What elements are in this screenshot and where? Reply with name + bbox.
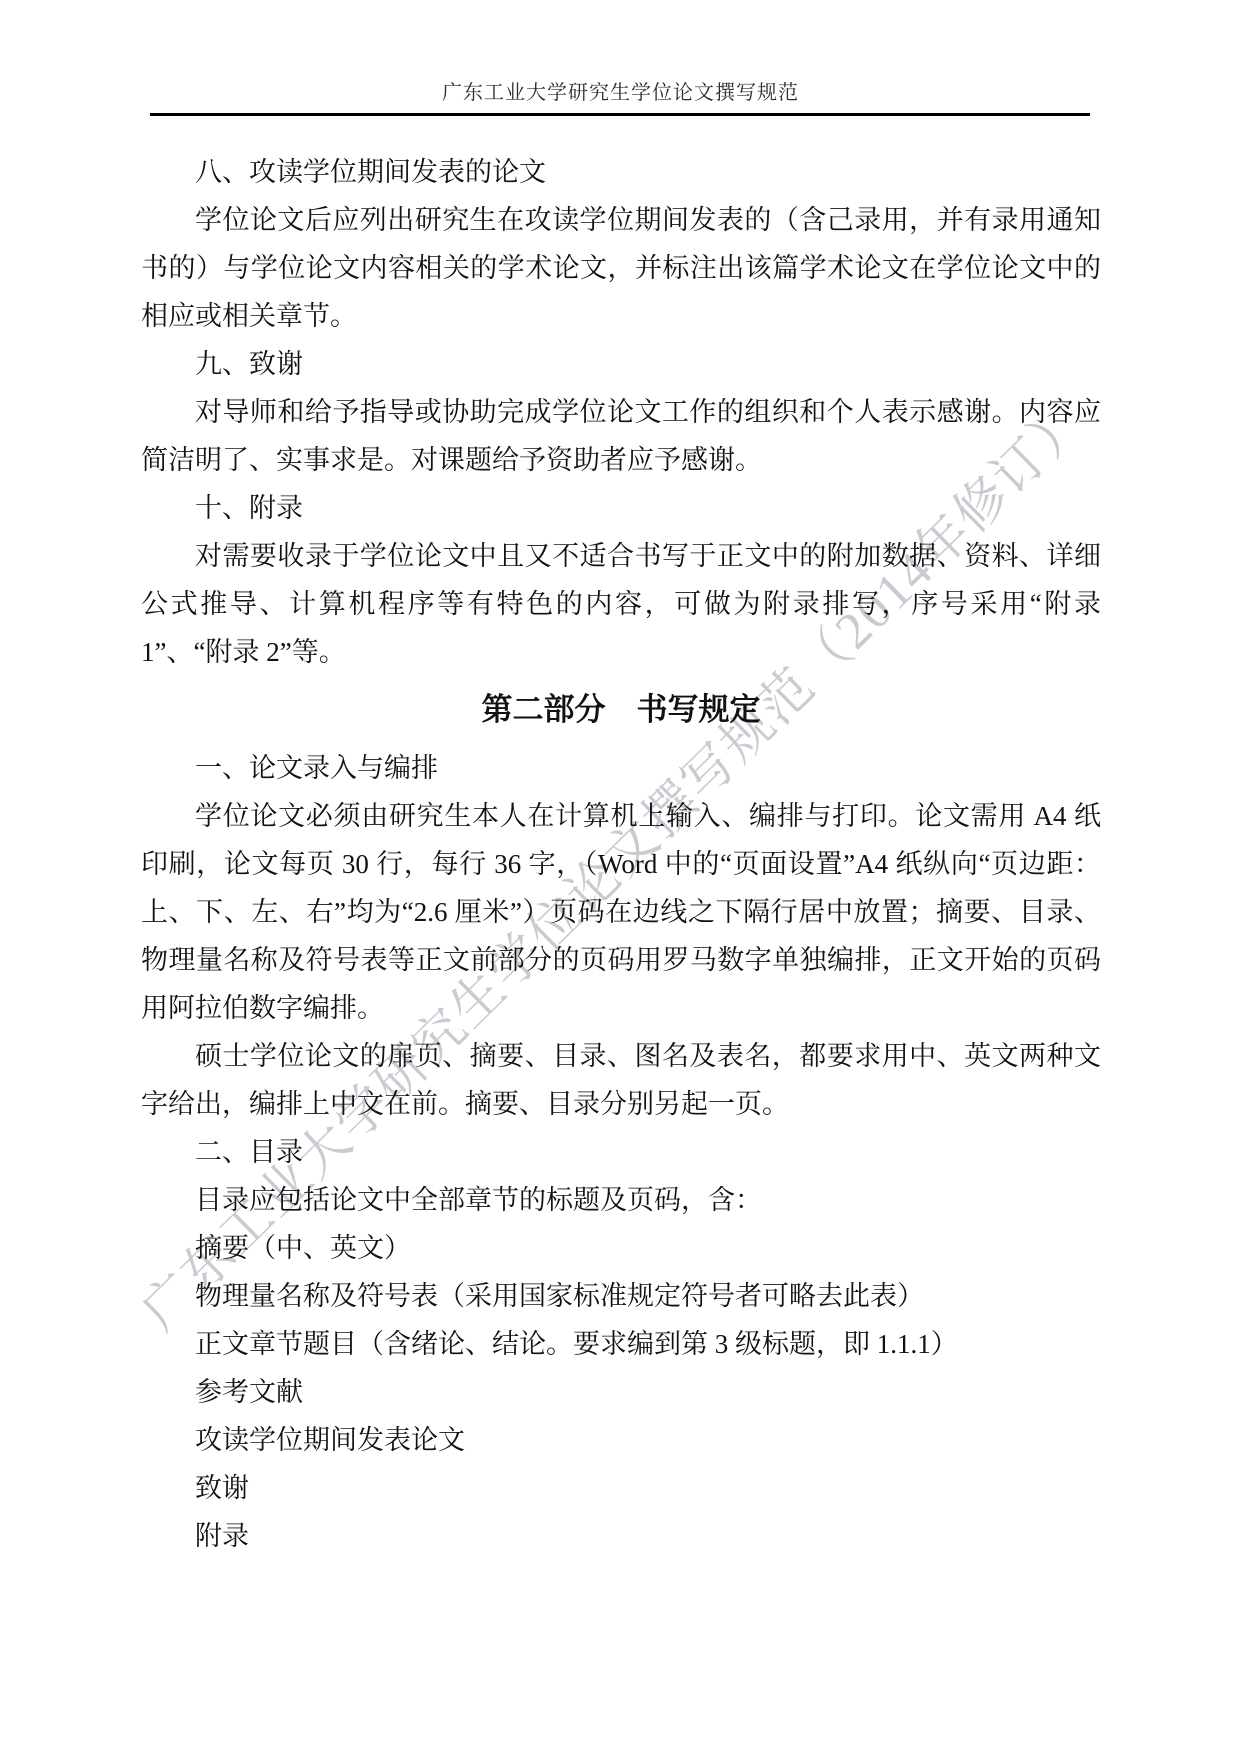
section-heading: 八、攻读学位期间发表的论文 bbox=[141, 148, 1101, 196]
toc-item: 物理量名称及符号表（采用国家标准规定符号者可略去此表） bbox=[141, 1272, 1101, 1320]
toc-item: 参考文献 bbox=[141, 1368, 1101, 1416]
section-heading: 一、论文录入与编排 bbox=[141, 744, 1101, 792]
toc-item: 正文章节题目（含绪论、结论。要求编到第 3 级标题，即 1.1.1） bbox=[141, 1320, 1101, 1368]
toc-item: 附录 bbox=[141, 1512, 1101, 1560]
toc-item: 致谢 bbox=[141, 1464, 1101, 1512]
paragraph: 硕士学位论文的扉页、摘要、目录、图名及表名，都要求用中、英文两种文字给出，编排上… bbox=[141, 1032, 1101, 1128]
page-header-title: 广东工业大学研究生学位论文撰写规范 bbox=[0, 80, 1241, 106]
header-rule bbox=[150, 113, 1090, 116]
paragraph: 对导师和给予指导或协助完成学位论文工作的组织和个人表示感谢。内容应简洁明了、实事… bbox=[141, 388, 1101, 484]
section-heading: 二、目录 bbox=[141, 1128, 1101, 1176]
toc-item: 摘要（中、英文） bbox=[141, 1224, 1101, 1272]
paragraph: 学位论文必须由研究生本人在计算机上输入、编排与打印。论文需用 A4 纸印刷，论文… bbox=[141, 792, 1101, 1032]
section-heading: 十、附录 bbox=[141, 484, 1101, 532]
paragraph: 学位论文后应列出研究生在攻读学位期间发表的（含己录用，并有录用通知书的）与学位论… bbox=[141, 196, 1101, 340]
toc-item: 攻读学位期间发表论文 bbox=[141, 1416, 1101, 1464]
section-heading: 九、致谢 bbox=[141, 340, 1101, 388]
document-body: 八、攻读学位期间发表的论文学位论文后应列出研究生在攻读学位期间发表的（含己录用，… bbox=[141, 148, 1101, 1560]
part-title: 第二部分 书写规定 bbox=[141, 676, 1101, 744]
paragraph: 目录应包括论文中全部章节的标题及页码，含： bbox=[141, 1176, 1101, 1224]
document-page: 广东工业大学研究生学位论文撰写规范 广东工业大学研究生学位论文撰写规范（2014… bbox=[0, 0, 1241, 1754]
paragraph: 对需要收录于学位论文中且又不适合书写于正文中的附加数据、资料、详细公式推导、计算… bbox=[141, 532, 1101, 676]
